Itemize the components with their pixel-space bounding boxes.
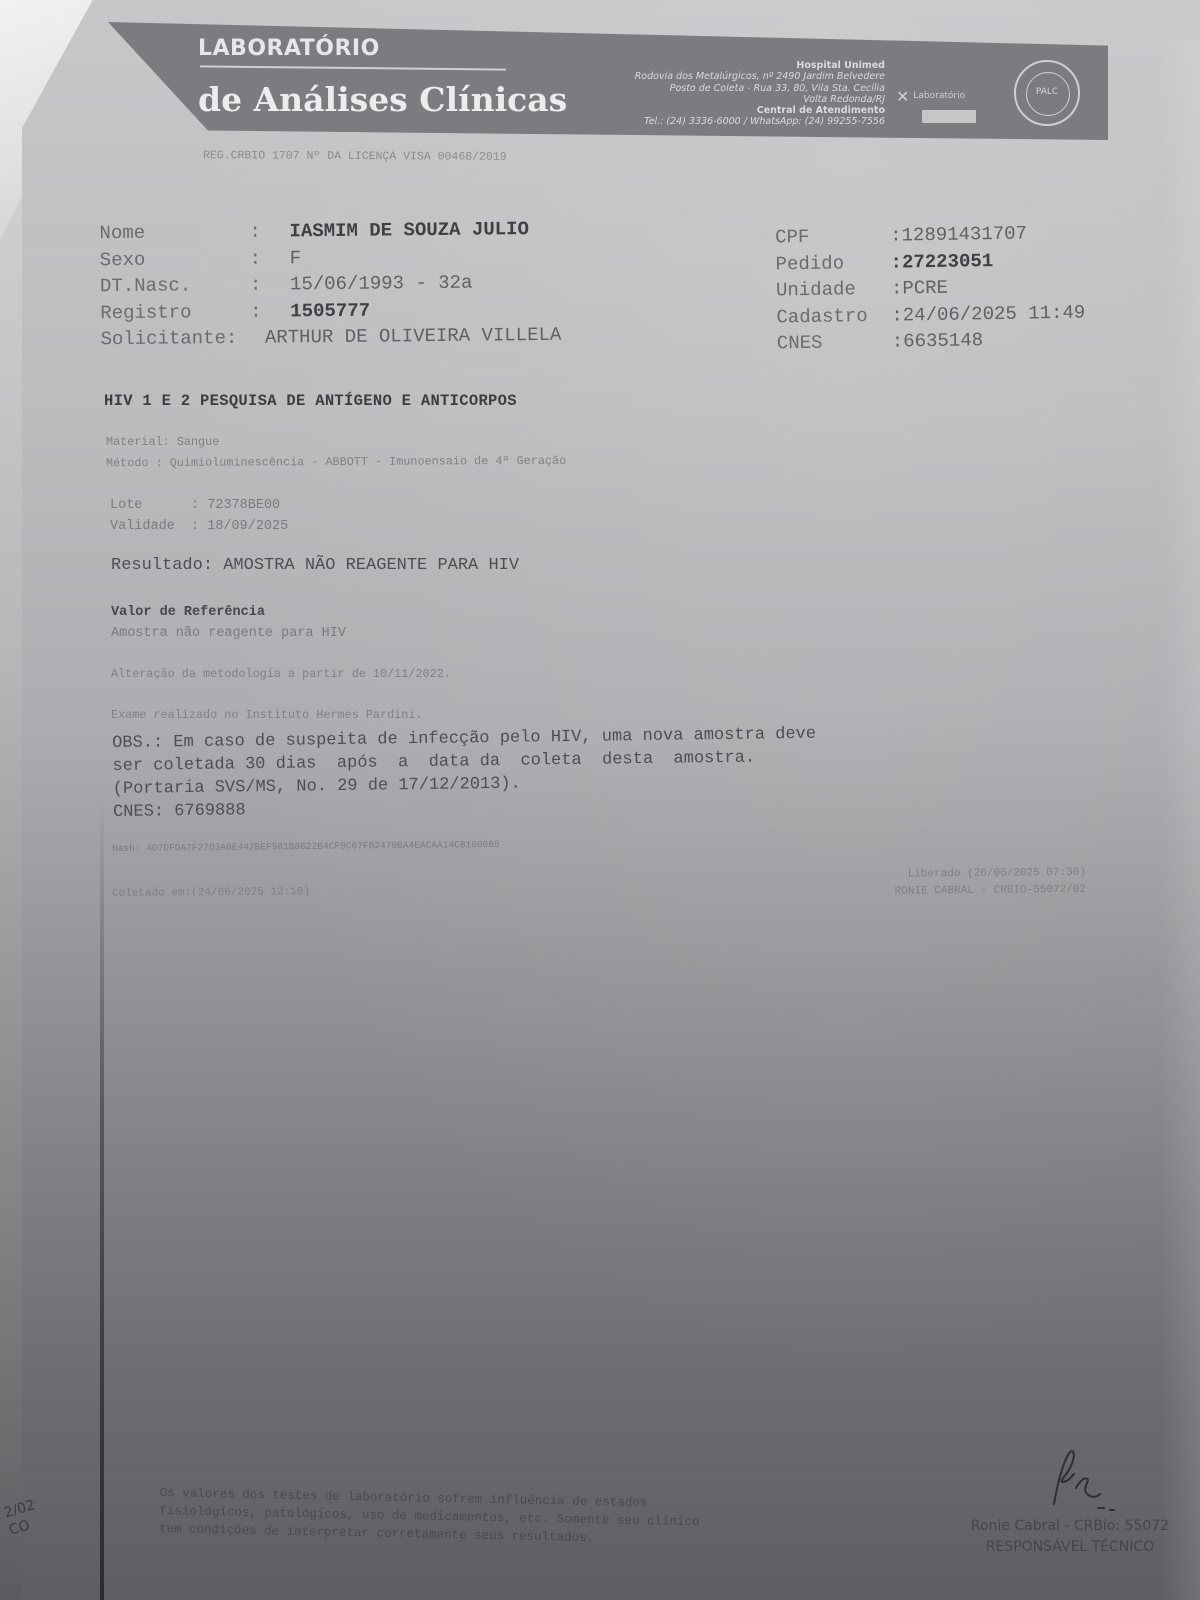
order-field-value: :PCRE <box>891 275 948 302</box>
order-field-row: Cadastro:24/06/2025 11:49 <box>776 299 1085 330</box>
patient-field-row: Nome:IASMIM DE SOUZA JULIO <box>99 216 560 247</box>
order-field-label: Unidade <box>776 276 891 304</box>
patient-field-value: 15/06/1993 - 32a <box>290 270 473 298</box>
page-fold-shadow <box>100 800 104 1600</box>
partner-logo-text: Laboratório <box>913 91 965 101</box>
patient-field-label: Solicitante <box>100 325 226 353</box>
order-field-value: :24/06/2025 11:49 <box>891 299 1085 329</box>
exam-title: HIV 1 E 2 PESQUISA DE ANTÍGENO E ANTICOR… <box>104 392 517 410</box>
performed-at-note: Exame realizado no Instituto Hermes Pard… <box>111 708 423 722</box>
contact-phones: Tel.: (24) 3336-6000 / WhatsApp: (24) 99… <box>560 116 885 127</box>
exam-validity: Validade : 18/09/2025 <box>110 519 288 534</box>
exam-result: Resultado: AMOSTRA NÃO REAGENTE PARA HIV <box>111 556 519 575</box>
address-line-2: Posto de Coleta - Rua 33, 80, Vila Sta. … <box>560 83 885 94</box>
contact-title: Central de Atendimento <box>560 105 885 116</box>
patient-field-row: Solicitante:ARTHUR DE OLIVEIRA VILLELA <box>100 322 561 353</box>
patient-field-label: Registro <box>100 298 250 326</box>
patient-field-label: DT.Nasc. <box>100 272 250 300</box>
order-field-row: CNES:6635148 <box>777 326 1086 357</box>
exam-material: Material: Sangue <box>106 435 219 449</box>
lab-name-line2: de Análises Clínicas <box>198 80 567 119</box>
hospital-name: Hospital Unimed <box>560 60 885 71</box>
exam-method: Método : Quimioluminescência - ABBOTT - … <box>106 454 566 470</box>
partner-logo: ✕ Laboratório <box>896 86 996 106</box>
registration-line: REG.CRBIO 1707 Nº DA LICENÇA VISA 00468/… <box>203 149 507 164</box>
signer-block: Ronie Cabral - CRBio: 55072 RESPONSÁVEL … <box>940 1516 1200 1558</box>
observation-note: OBS.: Em caso de suspeita de infecção pe… <box>112 723 817 824</box>
patient-field-label: Sexo <box>100 245 250 273</box>
reference-value: Amostra não reagente para HIV <box>111 626 346 641</box>
order-field-value: :27223051 <box>890 248 993 276</box>
hospital-contact-block: Hospital Unimed Rodovia dos Metalúrgicos… <box>560 60 885 128</box>
patient-field-value: F <box>290 245 302 272</box>
patient-field-value: 1505777 <box>290 297 370 324</box>
collected-timestamp: Coletado em:(24/06/2025 12:16) <box>112 886 310 900</box>
patient-field-label: Nome <box>99 219 249 247</box>
patient-info-right: CPF:12891431707Pedido:27223051Unidade:PC… <box>775 220 1086 357</box>
order-field-label: CPF <box>775 223 890 251</box>
order-field-value: :12891431707 <box>890 220 1027 249</box>
city: Volta Redonda/RJ <box>560 94 885 105</box>
order-field-label: Cadastro <box>776 302 891 330</box>
reference-title: Valor de Referência <box>111 605 265 620</box>
page-right-edge <box>1160 40 1200 1600</box>
patient-field-value: IASMIM DE SOUZA JULIO <box>289 216 529 245</box>
seal-text: PALC <box>1036 87 1058 97</box>
order-field-value: :6635148 <box>892 327 984 355</box>
release-block: Liberado (26/06/2025 07:36) RONIE CABRAL… <box>838 865 1086 902</box>
patient-field-separator: : <box>250 271 290 298</box>
palc-seal-icon: PALC <box>1014 60 1080 126</box>
patient-field-separator: : <box>249 218 289 245</box>
address-line-1: Rodovia dos Metalúrgicos, nº 2490 Jardim… <box>560 71 885 82</box>
footer-disclaimer: Os valores dos testes de laboratório sof… <box>159 1484 700 1549</box>
methodology-change-note: Alteração da metodologia a partir de 10/… <box>111 667 451 681</box>
signer-role: RESPONSÁVEL TÉCNICO <box>940 1537 1200 1558</box>
patient-field-separator: : <box>250 298 290 325</box>
released-by: RONIE CABRAL - CRBIO-55072/02 <box>838 882 1086 902</box>
patient-field-separator: : <box>226 325 265 352</box>
lab-name-line1: LABORATÓRIO <box>198 36 380 61</box>
order-field-label: CNES <box>777 329 892 357</box>
patient-info-left: Nome:IASMIM DE SOUZA JULIOSexo:FDT.Nasc.… <box>99 216 561 353</box>
signature-icon <box>1040 1440 1120 1520</box>
partner-logo-icon: ✕ <box>896 87 909 106</box>
signer-name: Ronie Cabral - CRBio: 55072 <box>940 1516 1200 1537</box>
patient-field-value: ARTHUR DE OLIVEIRA VILLELA <box>265 322 562 351</box>
patient-field-separator: : <box>250 245 290 272</box>
accreditation-tag <box>922 110 976 123</box>
exam-lot: Lote : 72378BE00 <box>110 498 280 513</box>
order-field-label: Pedido <box>775 249 890 277</box>
